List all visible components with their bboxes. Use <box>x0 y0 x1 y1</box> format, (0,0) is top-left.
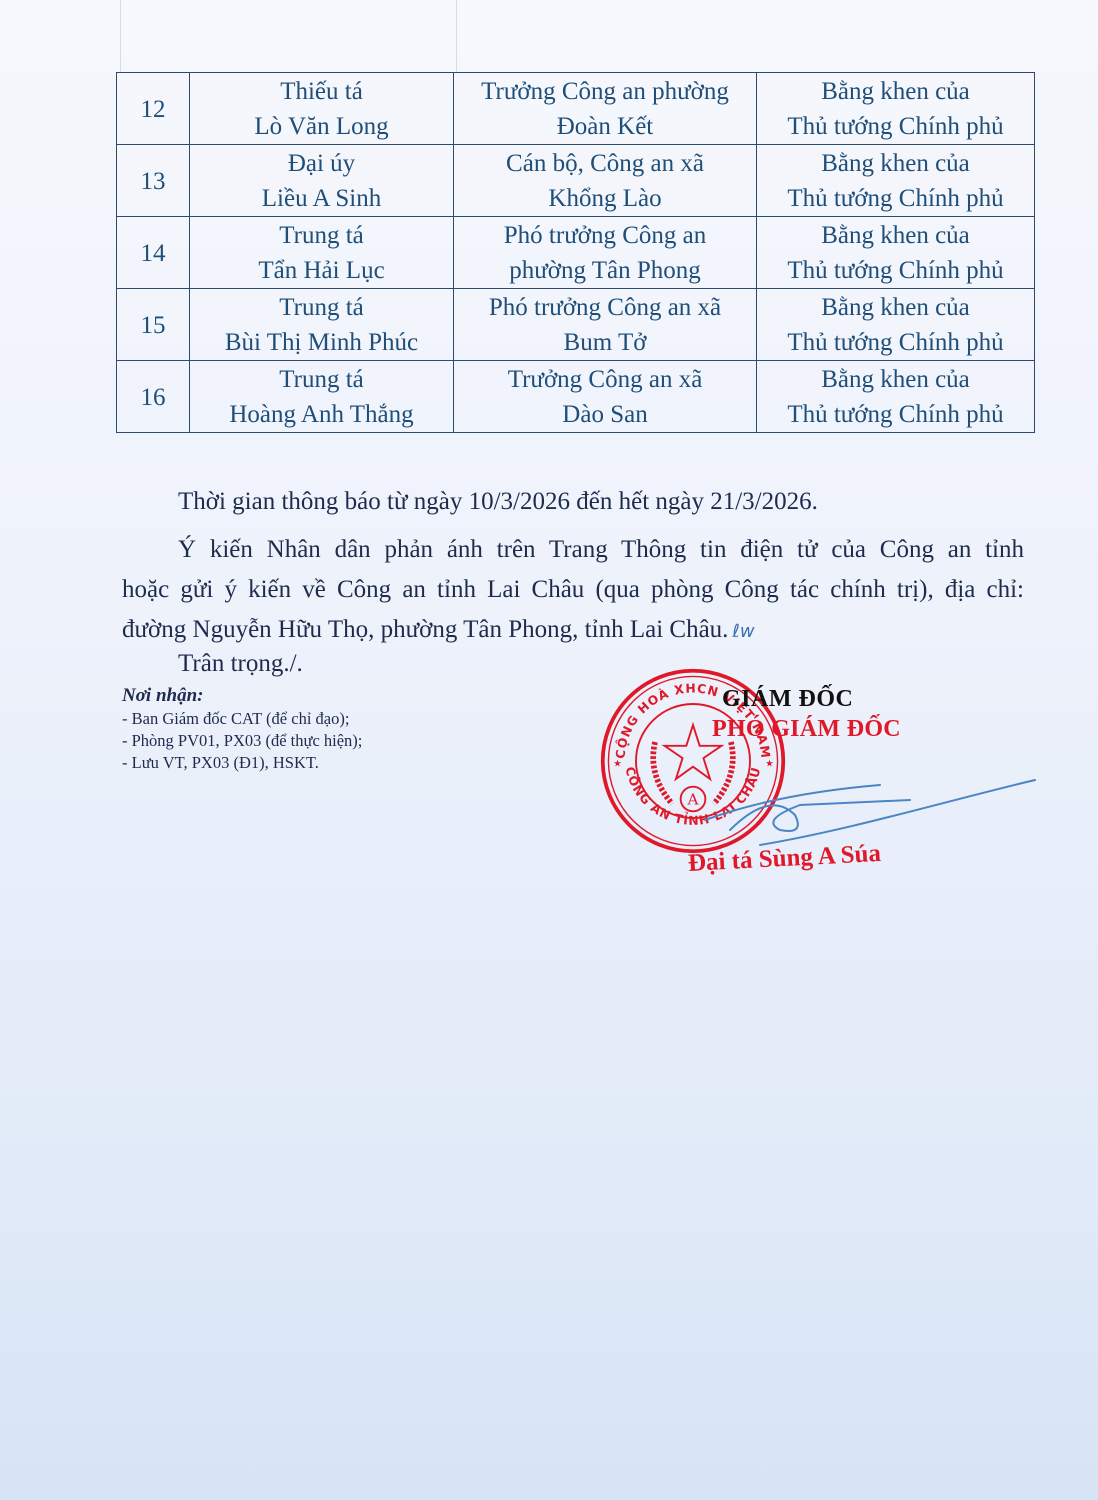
cell-rank-name-line: Bùi Thị Minh Phúc <box>194 325 449 360</box>
cell-award: Bằng khen củaThủ tướng Chính phủ <box>757 217 1035 289</box>
scan-line <box>120 0 121 72</box>
cell-rank-name: Đại úyLiều A Sinh <box>190 145 454 217</box>
cell-award-line: Bằng khen của <box>761 290 1030 325</box>
cell-position-line: Khổng Lào <box>458 181 752 216</box>
cell-position-line: Bum Tở <box>458 325 752 360</box>
cell-rank-name-line: Hoàng Anh Thắng <box>194 397 449 432</box>
table-row: 16Trung táHoàng Anh ThắngTrưởng Công an … <box>117 361 1035 433</box>
cell-number-line: 14 <box>121 236 185 271</box>
cell-number: 14 <box>117 217 190 289</box>
cell-rank-name-line: Trung tá <box>194 218 449 253</box>
cell-position: Phó trưởng Công an xãBum Tở <box>454 289 757 361</box>
cell-rank-name: Trung táHoàng Anh Thắng <box>190 361 454 433</box>
cell-number: 16 <box>117 361 190 433</box>
cell-position-line: Phó trưởng Công an xã <box>458 290 752 325</box>
cell-award-line: Thủ tướng Chính phủ <box>761 109 1030 144</box>
cell-award-line: Bằng khen của <box>761 74 1030 109</box>
cell-position-line: Trưởng Công an xã <box>458 362 752 397</box>
cell-award-line: Thủ tướng Chính phủ <box>761 325 1030 360</box>
cell-award-line: Thủ tướng Chính phủ <box>761 181 1030 216</box>
cell-rank-name-line: Tẩn Hải Lục <box>194 253 449 288</box>
recipients-title: Nơi nhận: <box>122 684 362 708</box>
feedback-line: Ý kiến Nhân dân phản ánh trên Trang Thôn… <box>122 530 1024 570</box>
cell-number: 15 <box>117 289 190 361</box>
feedback-paragraph: Ý kiến Nhân dân phản ánh trên Trang Thôn… <box>122 530 1024 652</box>
cell-position-line: phường Tân Phong <box>458 253 752 288</box>
cell-award: Bằng khen củaThủ tướng Chính phủ <box>757 73 1035 145</box>
table-row: 13Đại úyLiều A SinhCán bộ, Công an xãKhổ… <box>117 145 1035 217</box>
svg-text:★: ★ <box>613 759 622 770</box>
cell-number-line: 12 <box>121 92 185 127</box>
cell-number-line: 16 <box>121 380 185 415</box>
cell-position: Phó trưởng Công anphường Tân Phong <box>454 217 757 289</box>
cell-number-line: 13 <box>121 164 185 199</box>
cell-position: Trưởng Công an xãDào San <box>454 361 757 433</box>
cell-rank-name: Trung táTẩn Hải Lục <box>190 217 454 289</box>
cell-rank-name: Thiếu táLò Văn Long <box>190 73 454 145</box>
cell-award-line: Thủ tướng Chính phủ <box>761 253 1030 288</box>
cell-award-line: Bằng khen của <box>761 362 1030 397</box>
cell-position: Cán bộ, Công an xãKhổng Lào <box>454 145 757 217</box>
table-row: 12Thiếu táLò Văn LongTrưởng Công an phườ… <box>117 73 1035 145</box>
cell-position-line: Đoàn Kết <box>458 109 752 144</box>
cell-award: Bằng khen củaThủ tướng Chính phủ <box>757 145 1035 217</box>
recipients-block: Nơi nhận: - Ban Giám đốc CAT (để chỉ đạo… <box>122 684 362 774</box>
cell-rank-name-line: Thiếu tá <box>194 74 449 109</box>
svg-text:A: A <box>687 791 700 809</box>
cell-position-line: Dào San <box>458 397 752 432</box>
cell-rank-name-line: Trung tá <box>194 362 449 397</box>
cell-award-line: Thủ tướng Chính phủ <box>761 397 1030 432</box>
recipient-item: - Lưu VT, PX03 (Đ1), HSKT. <box>122 752 362 774</box>
cell-rank-name-line: Đại úy <box>194 146 449 181</box>
cell-award-line: Bằng khen của <box>761 218 1030 253</box>
table-row: 14Trung táTẩn Hải LụcPhó trưởng Công anp… <box>117 217 1035 289</box>
cell-position: Trưởng Công an phườngĐoàn Kết <box>454 73 757 145</box>
cell-position-line: Phó trưởng Công an <box>458 218 752 253</box>
cell-award: Bằng khen củaThủ tướng Chính phủ <box>757 289 1035 361</box>
table-row: 15Trung táBùi Thị Minh PhúcPhó trưởng Cô… <box>117 289 1035 361</box>
cell-position-line: Trưởng Công an phường <box>458 74 752 109</box>
cell-position-line: Cán bộ, Công an xã <box>458 146 752 181</box>
cell-rank-name-line: Lò Văn Long <box>194 109 449 144</box>
award-table: 12Thiếu táLò Văn LongTrưởng Công an phườ… <box>116 72 1035 433</box>
notice-period-text: Thời gian thông báo từ ngày 10/3/2026 đế… <box>122 482 1024 522</box>
recipient-item: - Phòng PV01, PX03 (để thực hiện); <box>122 730 362 752</box>
feedback-line: hoặc gửi ý kiến về Công an tỉnh Lai Châu… <box>122 570 1024 610</box>
recipient-item: - Ban Giám đốc CAT (để chỉ đạo); <box>122 708 362 730</box>
signature-title: GIÁM ĐỐC <box>722 686 853 713</box>
feedback-line: đường Nguyễn Hữu Thọ, phường Tân Phong, … <box>122 616 728 643</box>
cell-award: Bằng khen củaThủ tướng Chính phủ <box>757 361 1035 433</box>
cell-rank-name-line: Trung tá <box>194 290 449 325</box>
cell-number-line: 15 <box>121 308 185 343</box>
cell-rank-name-line: Liều A Sinh <box>194 181 449 216</box>
handwritten-signature-icon <box>700 760 1040 850</box>
signature-role: PHÓ GIÁM ĐỐC <box>712 716 901 743</box>
cell-rank-name: Trung táBùi Thị Minh Phúc <box>190 289 454 361</box>
notice-period: Thời gian thông báo từ ngày 10/3/2026 đế… <box>122 482 1024 522</box>
cell-number: 12 <box>117 73 190 145</box>
document-page: 12Thiếu táLò Văn LongTrưởng Công an phườ… <box>0 0 1098 1500</box>
cell-number: 13 <box>117 145 190 217</box>
handwritten-initials: ℓw <box>732 621 754 642</box>
cell-award-line: Bằng khen của <box>761 146 1030 181</box>
scan-line <box>456 0 457 72</box>
